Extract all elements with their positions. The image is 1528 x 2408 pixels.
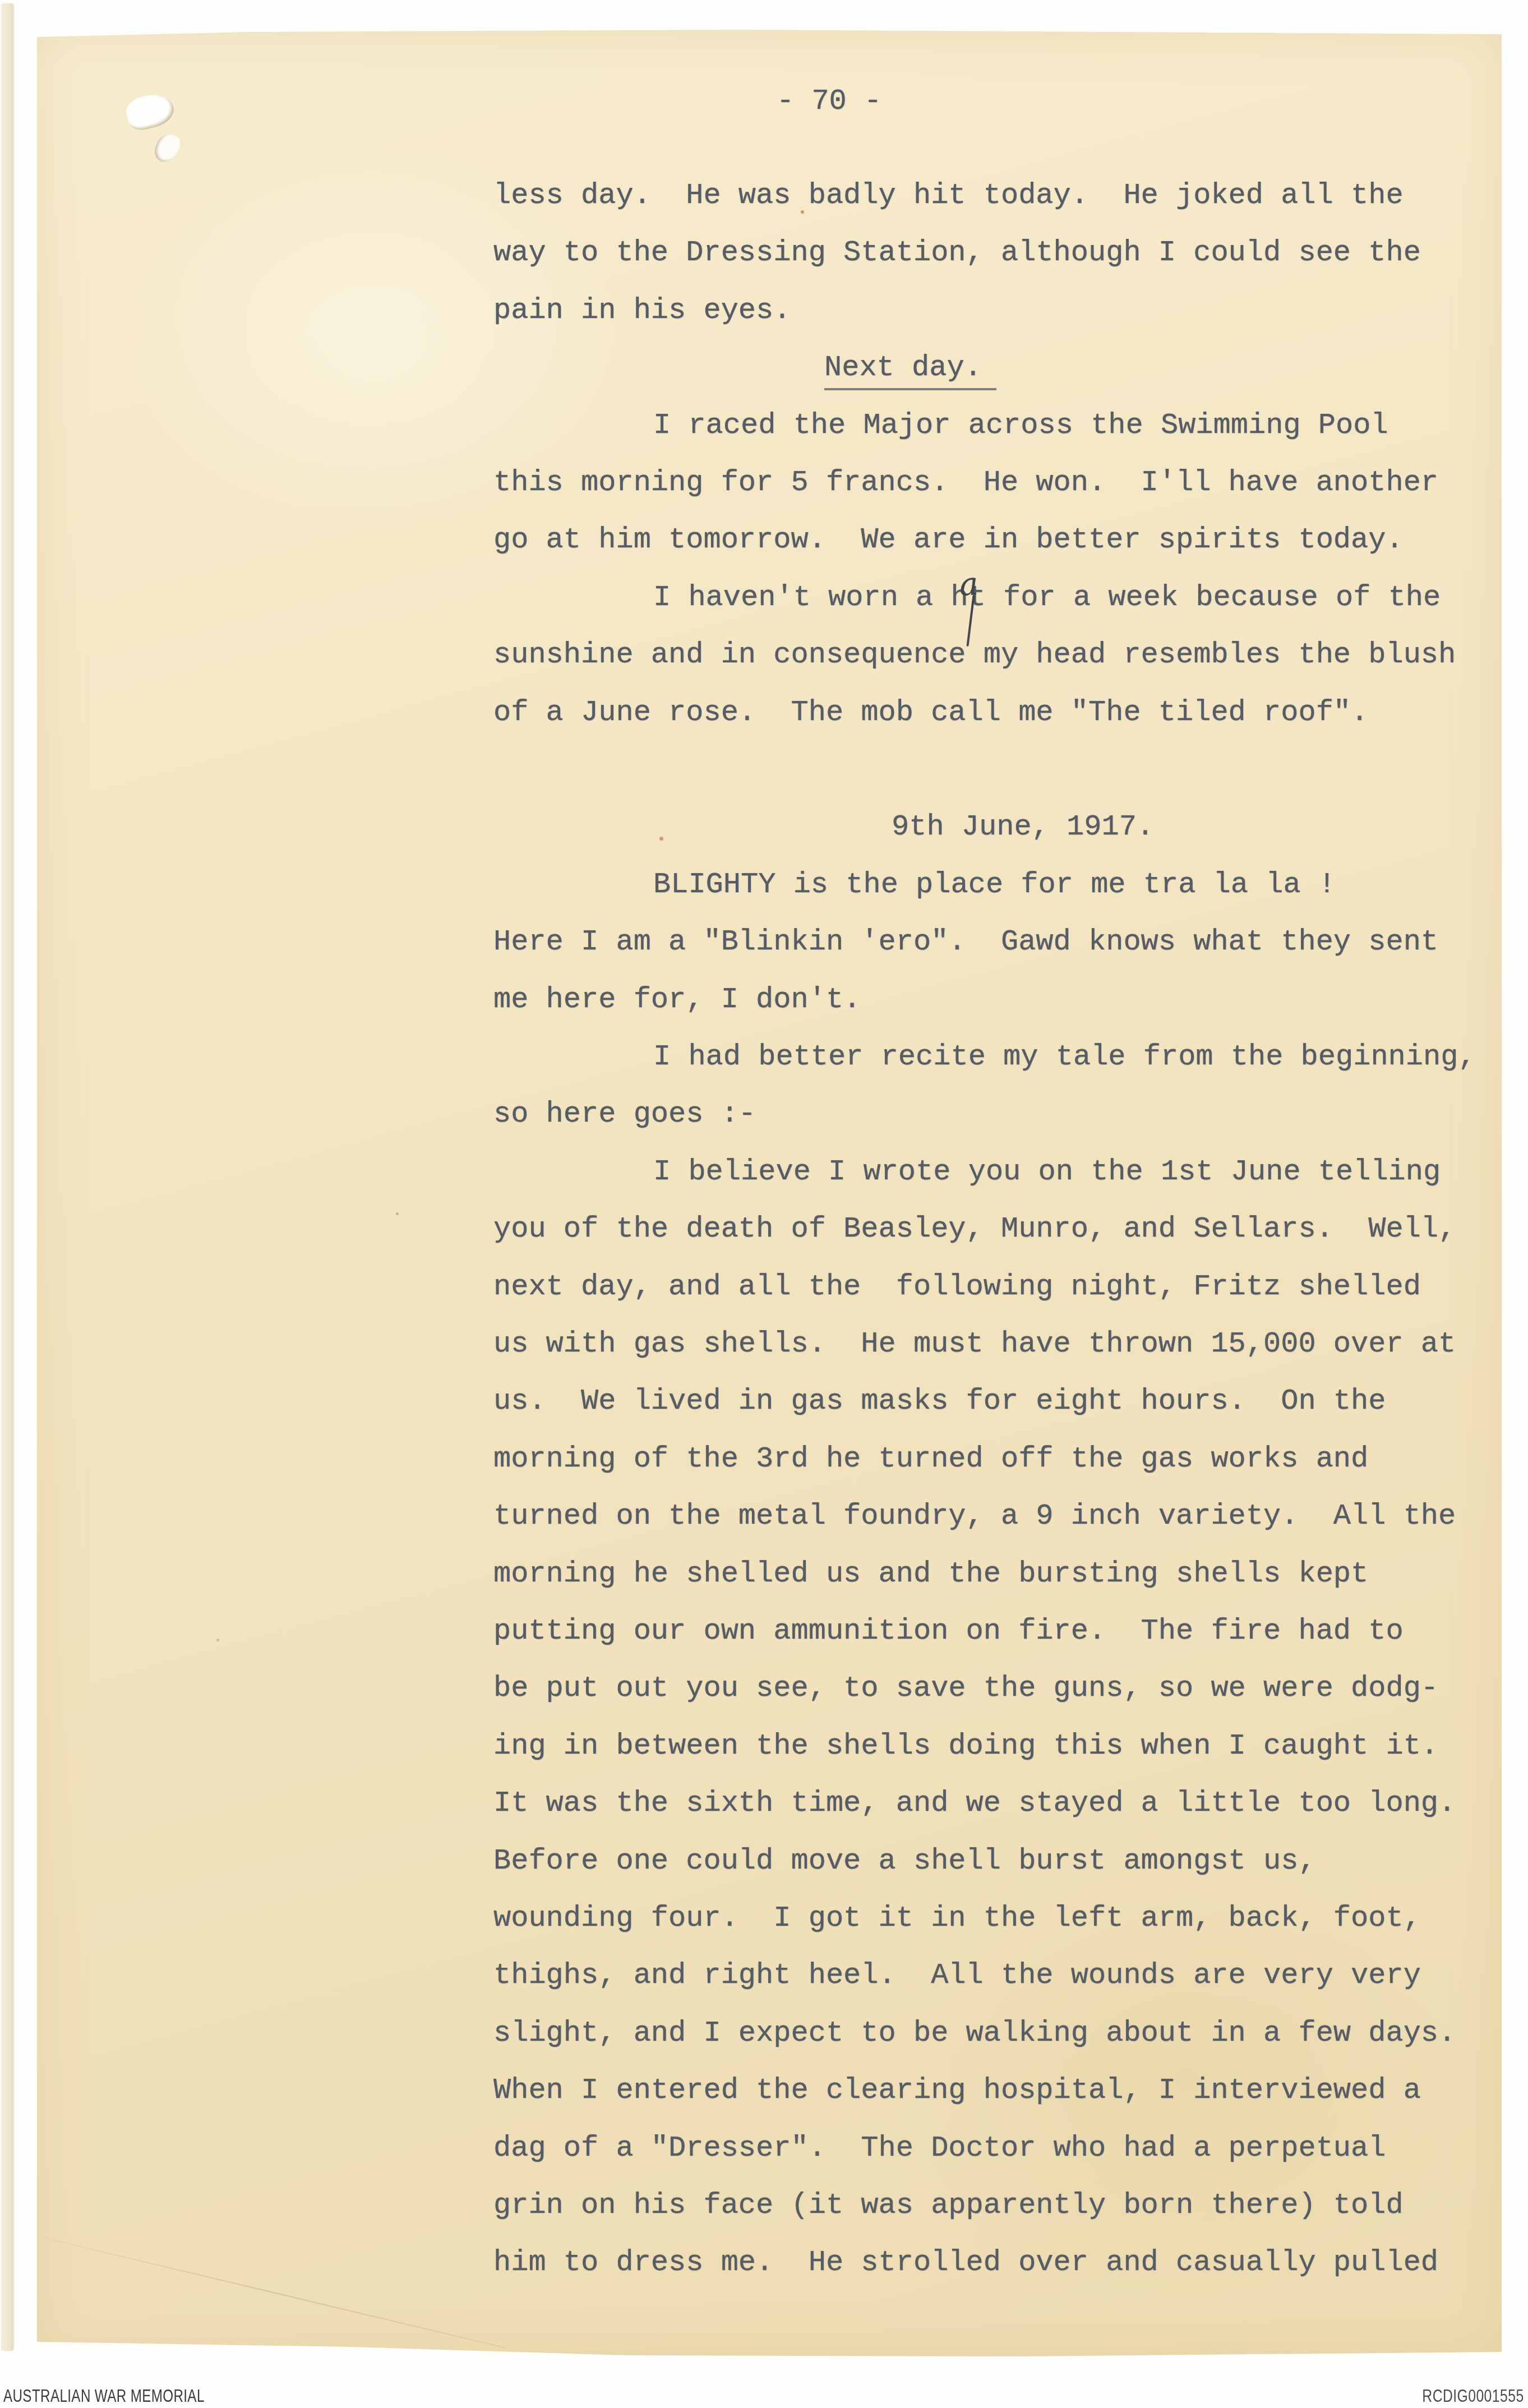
- typescript-line: us with gas shells. He must have thrown …: [493, 1328, 1456, 1360]
- typescript-line: Before one could move a shell burst amon…: [493, 1845, 1316, 1877]
- paper-speck: [216, 1639, 219, 1641]
- typescript-line: grin on his face (it was apparently born…: [493, 2189, 1404, 2222]
- underlined-heading: Next day.: [824, 351, 996, 390]
- typescript-line: When I entered the clearing hospital, I …: [493, 2074, 1421, 2107]
- typescript-line: you of the death of Beasley, Munro, and …: [493, 1213, 1456, 1245]
- typescript-line: thighs, and right heel. All the wounds a…: [493, 1959, 1421, 1992]
- typescript-line: dag of a "Dresser". The Doctor who had a…: [493, 2132, 1386, 2165]
- typescript-line: next day, and all the following night, F…: [493, 1271, 1421, 1303]
- document-page: - 70 - less day. He was badly hit today.…: [37, 29, 1502, 2356]
- typescript-line: morning of the 3rd he turned off the gas…: [493, 1443, 1368, 1475]
- reference-id-label: RCDIG0001555: [1423, 2387, 1524, 2406]
- typescript-line: I believe I wrote you on the 1st June te…: [653, 1156, 1441, 1188]
- typescript-line: morning he shelled us and the bursting s…: [493, 1558, 1368, 1590]
- typescript-line: Here I am a "Blinkin 'ero". Gawd knows w…: [493, 926, 1438, 958]
- typescript-line: way to the Dressing Station, although I …: [493, 237, 1421, 269]
- typescript-line: wounding four. I got it in the left arm,…: [493, 1902, 1421, 1935]
- archive-name-label: AUSTRALIAN WAR MEMORIAL: [3, 2387, 205, 2406]
- paper-crease: [45, 2238, 506, 2349]
- typescript-line: It was the sixth time, and we stayed a l…: [493, 1787, 1456, 1820]
- typescript-line: be put out you see, to save the guns, so…: [493, 1672, 1438, 1705]
- paper-speck: [659, 837, 663, 841]
- typescript-line: slight, and I expect to be walking about…: [493, 2017, 1456, 2050]
- typescript-line: I haven't worn a hat for a week because …: [653, 582, 1441, 614]
- torn-hole: [123, 90, 177, 133]
- typescript-line: I had better recite my tale from the beg…: [653, 1041, 1476, 1073]
- handwritten-letter: a: [958, 569, 979, 601]
- typescript-line: BLIGHTY is the place for me tra la la !: [653, 869, 1336, 901]
- typescript-line: I raced the Major across the Swimming Po…: [653, 409, 1388, 442]
- typescript-line: him to dress me. He strolled over and ca…: [493, 2246, 1438, 2279]
- typescript-line: of a June rose. The mob call me "The til…: [493, 696, 1368, 729]
- adjacent-page-edge: [1, 3, 13, 2351]
- typescript-line: us. We lived in gas masks for eight hour…: [493, 1385, 1386, 1418]
- paper-speck: [396, 1212, 399, 1215]
- typescript-line: 9th June, 1917.: [892, 811, 1154, 843]
- typescript-line: sunshine and in consequence my head rese…: [493, 639, 1456, 671]
- typescript-line: putting our own ammunition on fire. The …: [493, 1615, 1404, 1648]
- typescript-line: turned on the metal foundry, a 9 inch va…: [493, 1500, 1456, 1533]
- torn-hole-flap: [151, 130, 183, 165]
- typescript-line: pain in his eyes.: [493, 294, 791, 327]
- scan-background: - 70 - less day. He was badly hit today.…: [0, 0, 1528, 2408]
- typescript-line: Next day.: [824, 352, 996, 384]
- typescript-line: less day. He was badly hit today. He jok…: [493, 179, 1404, 212]
- typescript-line: ing in between the shells doing this whe…: [493, 1730, 1438, 1763]
- typescript-line: go at him tomorrow. We are in better spi…: [493, 524, 1404, 556]
- typescript-line: so here goes :-: [493, 1098, 756, 1131]
- page-number: - 70 -: [777, 85, 881, 118]
- typescript-line: me here for, I don't.: [493, 984, 861, 1016]
- typescript-line: this morning for 5 francs. He won. I'll …: [493, 467, 1438, 499]
